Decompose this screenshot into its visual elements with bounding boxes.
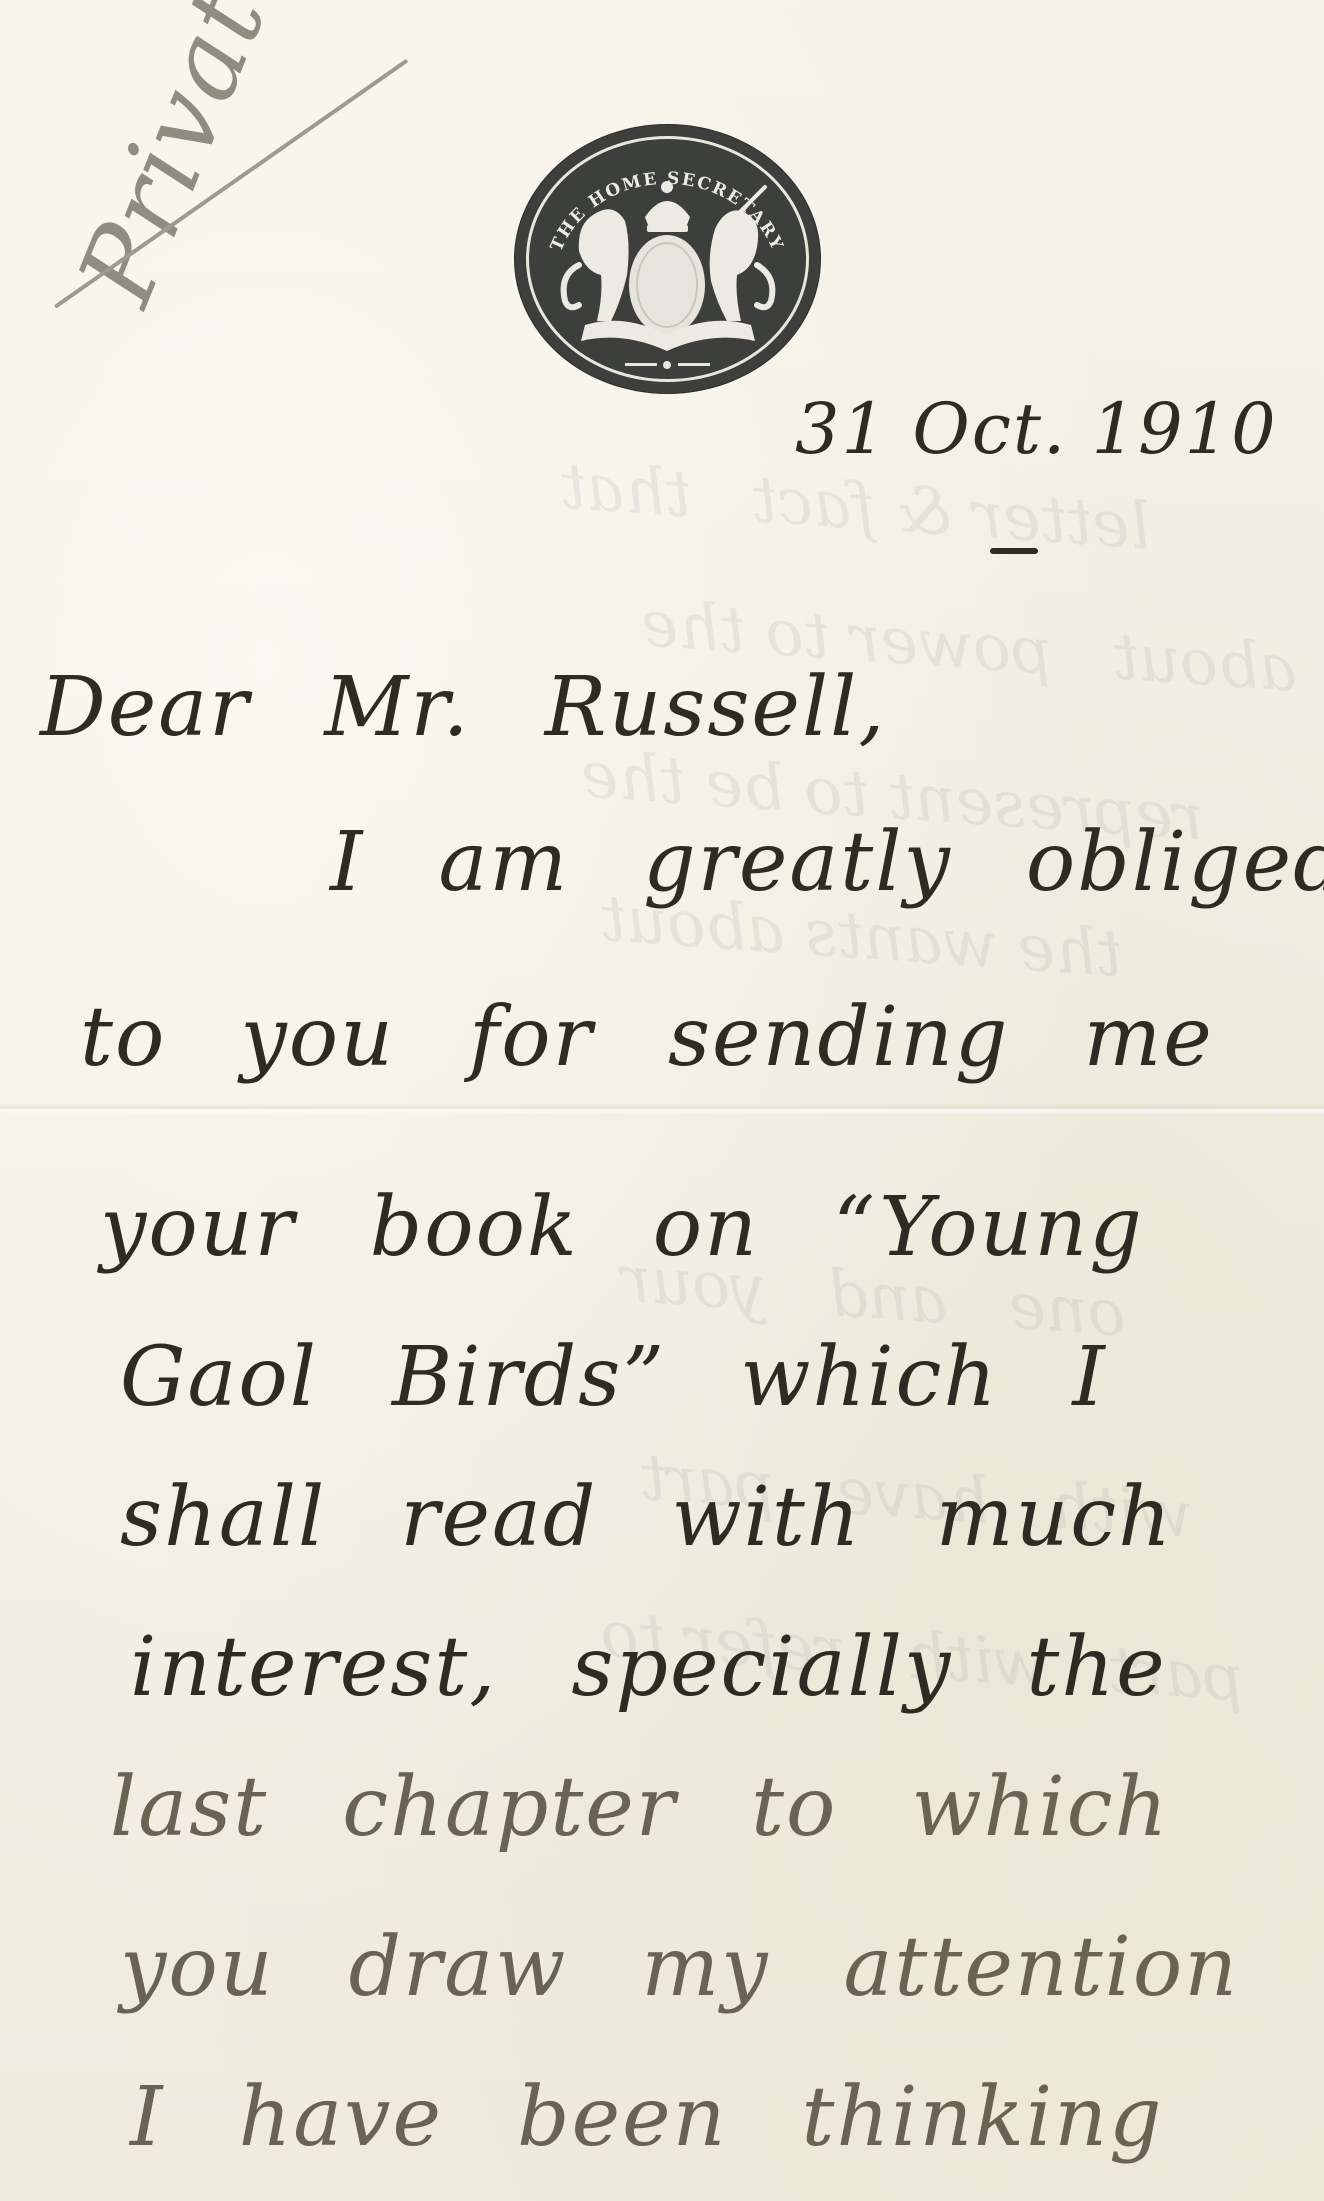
royal-coat-of-arms-icon: THE HOME SECRETARY [515,125,820,393]
body-line: interest, specially the [130,1620,1167,1715]
home-secretary-seal: THE HOME SECRETARY [515,125,820,393]
body-line: last chapter to which [110,1760,1169,1855]
body-line: to you for sending me [80,990,1214,1085]
body-line: I have been thinking [130,2070,1164,2165]
salutation: Dear Mr. Russell, [40,660,886,755]
date-dash [990,548,1038,554]
body-line: I am greatly obliged [330,815,1324,910]
body-line: shall read with much [120,1470,1173,1565]
private-annotation: Private [54,0,314,320]
paper-fold-crease [0,1104,1324,1114]
body-line: your book on “Young [100,1180,1144,1275]
body-line: Gaol Birds” which I [120,1330,1107,1425]
body-line: you draw my attention [120,1920,1239,2015]
letter-date: 31 Oct. 1910 [795,388,1278,470]
letter-page: letter & fact that about power to the re… [0,0,1324,2201]
